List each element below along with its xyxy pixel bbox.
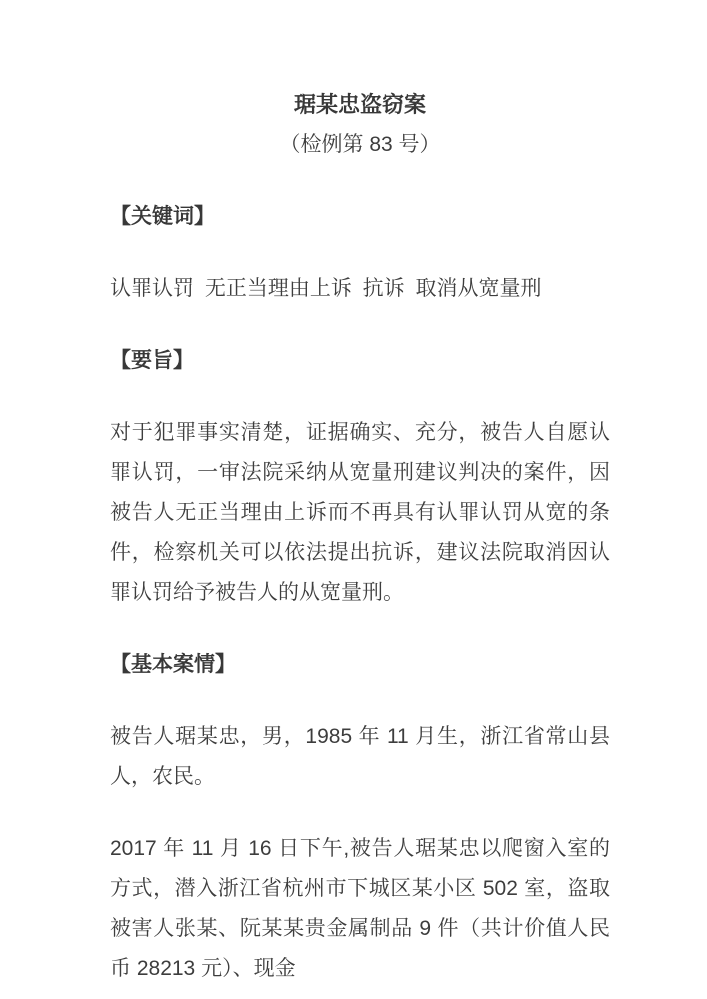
section-keywords: 【关键词】 认罪认罚 无正当理由上诉 抗诉 取消从宽量刑 — [110, 197, 610, 309]
section-heading-basic-facts: 【基本案情】 — [110, 645, 610, 685]
document-title: 琚某忠盗窃案 — [110, 85, 610, 125]
section-heading-keywords: 【关键词】 — [110, 197, 610, 237]
basic-facts-paragraph-2: 2017 年 11 月 16 日下午,被告人琚某忠以爬窗入室的方式，潜入浙江省杭… — [110, 829, 610, 989]
keywords-paragraph: 认罪认罚 无正当理由上诉 抗诉 取消从宽量刑 — [110, 269, 610, 309]
gist-paragraph: 对于犯罪事实清楚，证据确实、充分，被告人自愿认罪认罚，一审法院采纳从宽量刑建议判… — [110, 413, 610, 613]
document-subtitle: （检例第 83 号） — [110, 125, 610, 165]
section-basic-facts: 【基本案情】 被告人琚某忠，男，1985 年 11 月生，浙江省常山县人，农民。… — [110, 645, 610, 989]
section-heading-gist: 【要旨】 — [110, 341, 610, 381]
section-gist: 【要旨】 对于犯罪事实清楚，证据确实、充分，被告人自愿认罪认罚，一审法院采纳从宽… — [110, 341, 610, 613]
basic-facts-paragraph-1: 被告人琚某忠，男，1985 年 11 月生，浙江省常山县人，农民。 — [110, 717, 610, 797]
document-page: 琚某忠盗窃案 （检例第 83 号） 【关键词】 认罪认罚 无正当理由上诉 抗诉 … — [0, 0, 707, 999]
